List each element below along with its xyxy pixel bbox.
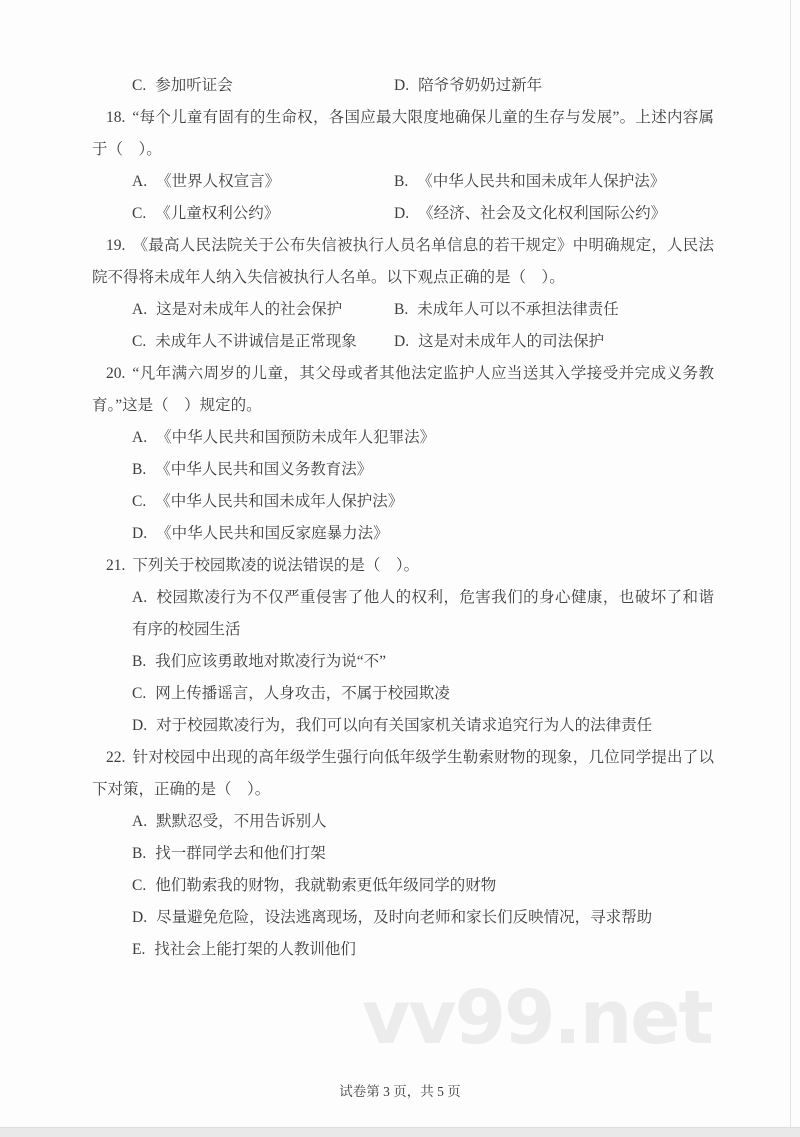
- options-row: C.《儿童权利公约》D.《经济、社会及文化权利国际公约》: [132, 198, 714, 230]
- question-number: 22.: [106, 749, 132, 766]
- next-page-gap: [0, 1127, 800, 1137]
- option-row: D.对于校园欺凌行为，我们可以向有关国家机关请求追究行为人的法律责任: [132, 710, 714, 742]
- option-row: A.《中华人民共和国预防未成年人犯罪法》: [132, 422, 714, 454]
- option-row: B.我们应该勇敢地对欺凌行为说“不”: [132, 646, 714, 678]
- option-text: 我们应该勇敢地对欺凌行为说“不”: [155, 653, 386, 670]
- question-stem-text: 下列关于校园欺凌的说法错误的是（ ）。: [132, 557, 419, 574]
- option: D.尽量避免危险，设法逃离现场，及时向老师和家长们反映情况，寻求帮助: [132, 909, 652, 926]
- option-text: 这是对未成年人的司法保护: [418, 333, 604, 350]
- option-text: 《中华人民共和国预防未成年人犯罪法》: [156, 429, 435, 446]
- question-stem: 19.《最高人民法院关于公布失信被执行人员名单信息的若干规定》中明确规定，人民法…: [92, 230, 714, 294]
- option-row: B.找一群同学去和他们打架: [132, 838, 714, 870]
- question-number: 19.: [106, 237, 132, 254]
- options-group: A.《世界人权宣言》B.《中华人民共和国未成年人保护法》C.《儿童权利公约》D.…: [132, 166, 714, 230]
- option: A.校园欺凌行为不仅严重侵害了他人的权利，危害我们的身心健康，也破坏了和谐有序的…: [132, 589, 714, 638]
- option-label: D.: [394, 205, 418, 222]
- watermark: vv99.net: [362, 975, 712, 1061]
- option-text: 《儿童权利公约》: [155, 205, 279, 222]
- option-row: A.默默忍受，不用告诉别人: [132, 806, 714, 838]
- option-text: 对于校园欺凌行为，我们可以向有关国家机关请求追究行为人的法律责任: [156, 717, 652, 734]
- exam-page: C.参加听证会D.陪爷爷奶奶过新年18.“每个儿童有固有的生命权，各国应最大限度…: [0, 0, 800, 1137]
- option-text: 《中华人民共和国反家庭暴力法》: [156, 525, 389, 542]
- option: D.《经济、社会及文化权利国际公约》: [394, 198, 714, 230]
- options-group: A.这是对未成年人的社会保护B.未成年人可以不承担法律责任C.未成年人不讲诚信是…: [132, 294, 714, 358]
- option-row: A.校园欺凌行为不仅严重侵害了他人的权利，危害我们的身心健康，也破坏了和谐有序的…: [132, 582, 714, 646]
- option-row: B.《中华人民共和国义务教育法》: [132, 454, 714, 486]
- question-number: 18.: [106, 109, 132, 126]
- option-label: B.: [132, 461, 155, 478]
- option-text: 《中华人民共和国义务教育法》: [155, 461, 372, 478]
- options-group: A.默默忍受，不用告诉别人B.找一群同学去和他们打架C.他们勒索我的财物，我就勒…: [132, 806, 714, 966]
- option: E.找社会上能打架的人教训他们: [132, 941, 356, 958]
- option: D.陪爷爷奶奶过新年: [394, 70, 714, 102]
- option: B.《中华人民共和国义务教育法》: [132, 461, 372, 478]
- question-stem-text: “凡年满六周岁的儿童，其父母或者其他法定监护人应当送其入学接受并完成义务教育。”…: [92, 365, 714, 414]
- option-label: A.: [132, 813, 156, 830]
- option: C.他们勒索我的财物，我就勒索更低年级同学的财物: [132, 877, 496, 894]
- option-label: D.: [132, 717, 156, 734]
- option-text: 网上传播谣言，人身攻击，不属于校园欺凌: [155, 685, 450, 702]
- option-text: 《经济、社会及文化权利国际公约》: [418, 205, 666, 222]
- options-group: A.校园欺凌行为不仅严重侵害了他人的权利，危害我们的身心健康，也破坏了和谐有序的…: [132, 582, 714, 742]
- option-label: B.: [394, 301, 417, 318]
- page-footer: 试卷第 3 页，共 5 页: [0, 1080, 800, 1100]
- option: A.这是对未成年人的社会保护: [132, 294, 394, 326]
- question-number: 20.: [106, 365, 132, 382]
- options-row: A.《世界人权宣言》B.《中华人民共和国未成年人保护法》: [132, 166, 714, 198]
- option-label: C.: [132, 205, 155, 222]
- option-row: C.他们勒索我的财物，我就勒索更低年级同学的财物: [132, 870, 714, 902]
- option-label: E.: [132, 941, 154, 958]
- option: D.对于校园欺凌行为，我们可以向有关国家机关请求追究行为人的法律责任: [132, 717, 652, 734]
- option: C.《中华人民共和国未成年人保护法》: [132, 493, 403, 510]
- option-label: C.: [132, 877, 155, 894]
- option-text: 这是对未成年人的社会保护: [156, 301, 342, 318]
- option-label: C.: [132, 333, 155, 350]
- question-stem-text: 《最高人民法院关于公布失信被执行人员名单信息的若干规定》中明确规定，人民法院不得…: [92, 237, 714, 286]
- option-text: 未成年人可以不承担法律责任: [417, 301, 619, 318]
- option-text: 尽量避免危险，设法逃离现场，及时向老师和家长们反映情况，寻求帮助: [156, 909, 652, 926]
- option: C.未成年人不讲诚信是正常现象: [132, 326, 394, 358]
- option: D.《中华人民共和国反家庭暴力法》: [132, 525, 389, 542]
- question-stem: 20.“凡年满六周岁的儿童，其父母或者其他法定监护人应当送其入学接受并完成义务教…: [92, 358, 714, 422]
- option-text: 陪爷爷奶奶过新年: [418, 77, 542, 94]
- option-label: C.: [132, 77, 155, 94]
- option: A.《中华人民共和国预防未成年人犯罪法》: [132, 429, 435, 446]
- option-label: D.: [394, 333, 418, 350]
- option: C.《儿童权利公约》: [132, 198, 394, 230]
- question-stem: 21.下列关于校园欺凌的说法错误的是（ ）。: [92, 550, 714, 582]
- option-label: B.: [394, 173, 417, 190]
- option-row: D.《中华人民共和国反家庭暴力法》: [132, 518, 714, 550]
- option: B.我们应该勇敢地对欺凌行为说“不”: [132, 653, 386, 670]
- option-label: C.: [132, 493, 155, 510]
- option-text: 默默忍受，不用告诉别人: [156, 813, 327, 830]
- option-label: A.: [132, 301, 156, 318]
- option-label: D.: [132, 525, 156, 542]
- option: B.未成年人可以不承担法律责任: [394, 294, 714, 326]
- option-label: B.: [132, 653, 155, 670]
- option: B.《中华人民共和国未成年人保护法》: [394, 166, 714, 198]
- option-text: 找一群同学去和他们打架: [155, 845, 326, 862]
- option: D.这是对未成年人的司法保护: [394, 326, 714, 358]
- page-edge-line: [790, 0, 791, 1137]
- options-row: A.这是对未成年人的社会保护B.未成年人可以不承担法律责任: [132, 294, 714, 326]
- option-label: D.: [132, 909, 156, 926]
- options-row: C.未成年人不讲诚信是正常现象D.这是对未成年人的司法保护: [132, 326, 714, 358]
- options-group: A.《中华人民共和国预防未成年人犯罪法》B.《中华人民共和国义务教育法》C.《中…: [132, 422, 714, 550]
- option: A.《世界人权宣言》: [132, 166, 394, 198]
- option-text: 未成年人不讲诚信是正常现象: [155, 333, 357, 350]
- option-row: D.尽量避免危险，设法逃离现场，及时向老师和家长们反映情况，寻求帮助: [132, 902, 714, 934]
- question-number: 21.: [106, 557, 132, 574]
- question-stem-text: 针对校园中出现的高年级学生强行向低年级学生勒索财物的现象，几位同学提出了以下对策…: [92, 749, 714, 798]
- questions-area: C.参加听证会D.陪爷爷奶奶过新年18.“每个儿童有固有的生命权，各国应最大限度…: [92, 70, 714, 966]
- option-text: 《中华人民共和国未成年人保护法》: [155, 493, 403, 510]
- option: B.找一群同学去和他们打架: [132, 845, 326, 862]
- option-text: 校园欺凌行为不仅严重侵害了他人的权利，危害我们的身心健康，也破坏了和谐有序的校园…: [132, 589, 714, 638]
- option: C.参加听证会: [132, 70, 394, 102]
- question-stem-text: “每个儿童有固有的生命权，各国应最大限度地确保儿童的生存与发展”。上述内容属于（…: [92, 109, 714, 158]
- option-label: B.: [132, 845, 155, 862]
- option-label: A.: [132, 173, 156, 190]
- option-text: 找社会上能打架的人教训他们: [154, 941, 356, 958]
- question-stem: 18.“每个儿童有固有的生命权，各国应最大限度地确保儿童的生存与发展”。上述内容…: [92, 102, 714, 166]
- question-stem: 22.针对校园中出现的高年级学生强行向低年级学生勒索财物的现象，几位同学提出了以…: [92, 742, 714, 806]
- option: A.默默忍受，不用告诉别人: [132, 813, 327, 830]
- options-row: C.参加听证会D.陪爷爷奶奶过新年: [132, 70, 714, 102]
- option-label: C.: [132, 685, 155, 702]
- option-text: 参加听证会: [155, 77, 233, 94]
- option-text: 他们勒索我的财物，我就勒索更低年级同学的财物: [155, 877, 496, 894]
- option: C.网上传播谣言，人身攻击，不属于校园欺凌: [132, 685, 450, 702]
- option-text: 《中华人民共和国未成年人保护法》: [417, 173, 665, 190]
- option-row: C.《中华人民共和国未成年人保护法》: [132, 486, 714, 518]
- option-text: 《世界人权宣言》: [156, 173, 280, 190]
- option-label: A.: [132, 429, 156, 446]
- option-row: C.网上传播谣言，人身攻击，不属于校园欺凌: [132, 678, 714, 710]
- options-group: C.参加听证会D.陪爷爷奶奶过新年: [132, 70, 714, 102]
- option-label: D.: [394, 77, 418, 94]
- option-row: E.找社会上能打架的人教训他们: [132, 934, 714, 966]
- option-label: A.: [132, 589, 156, 606]
